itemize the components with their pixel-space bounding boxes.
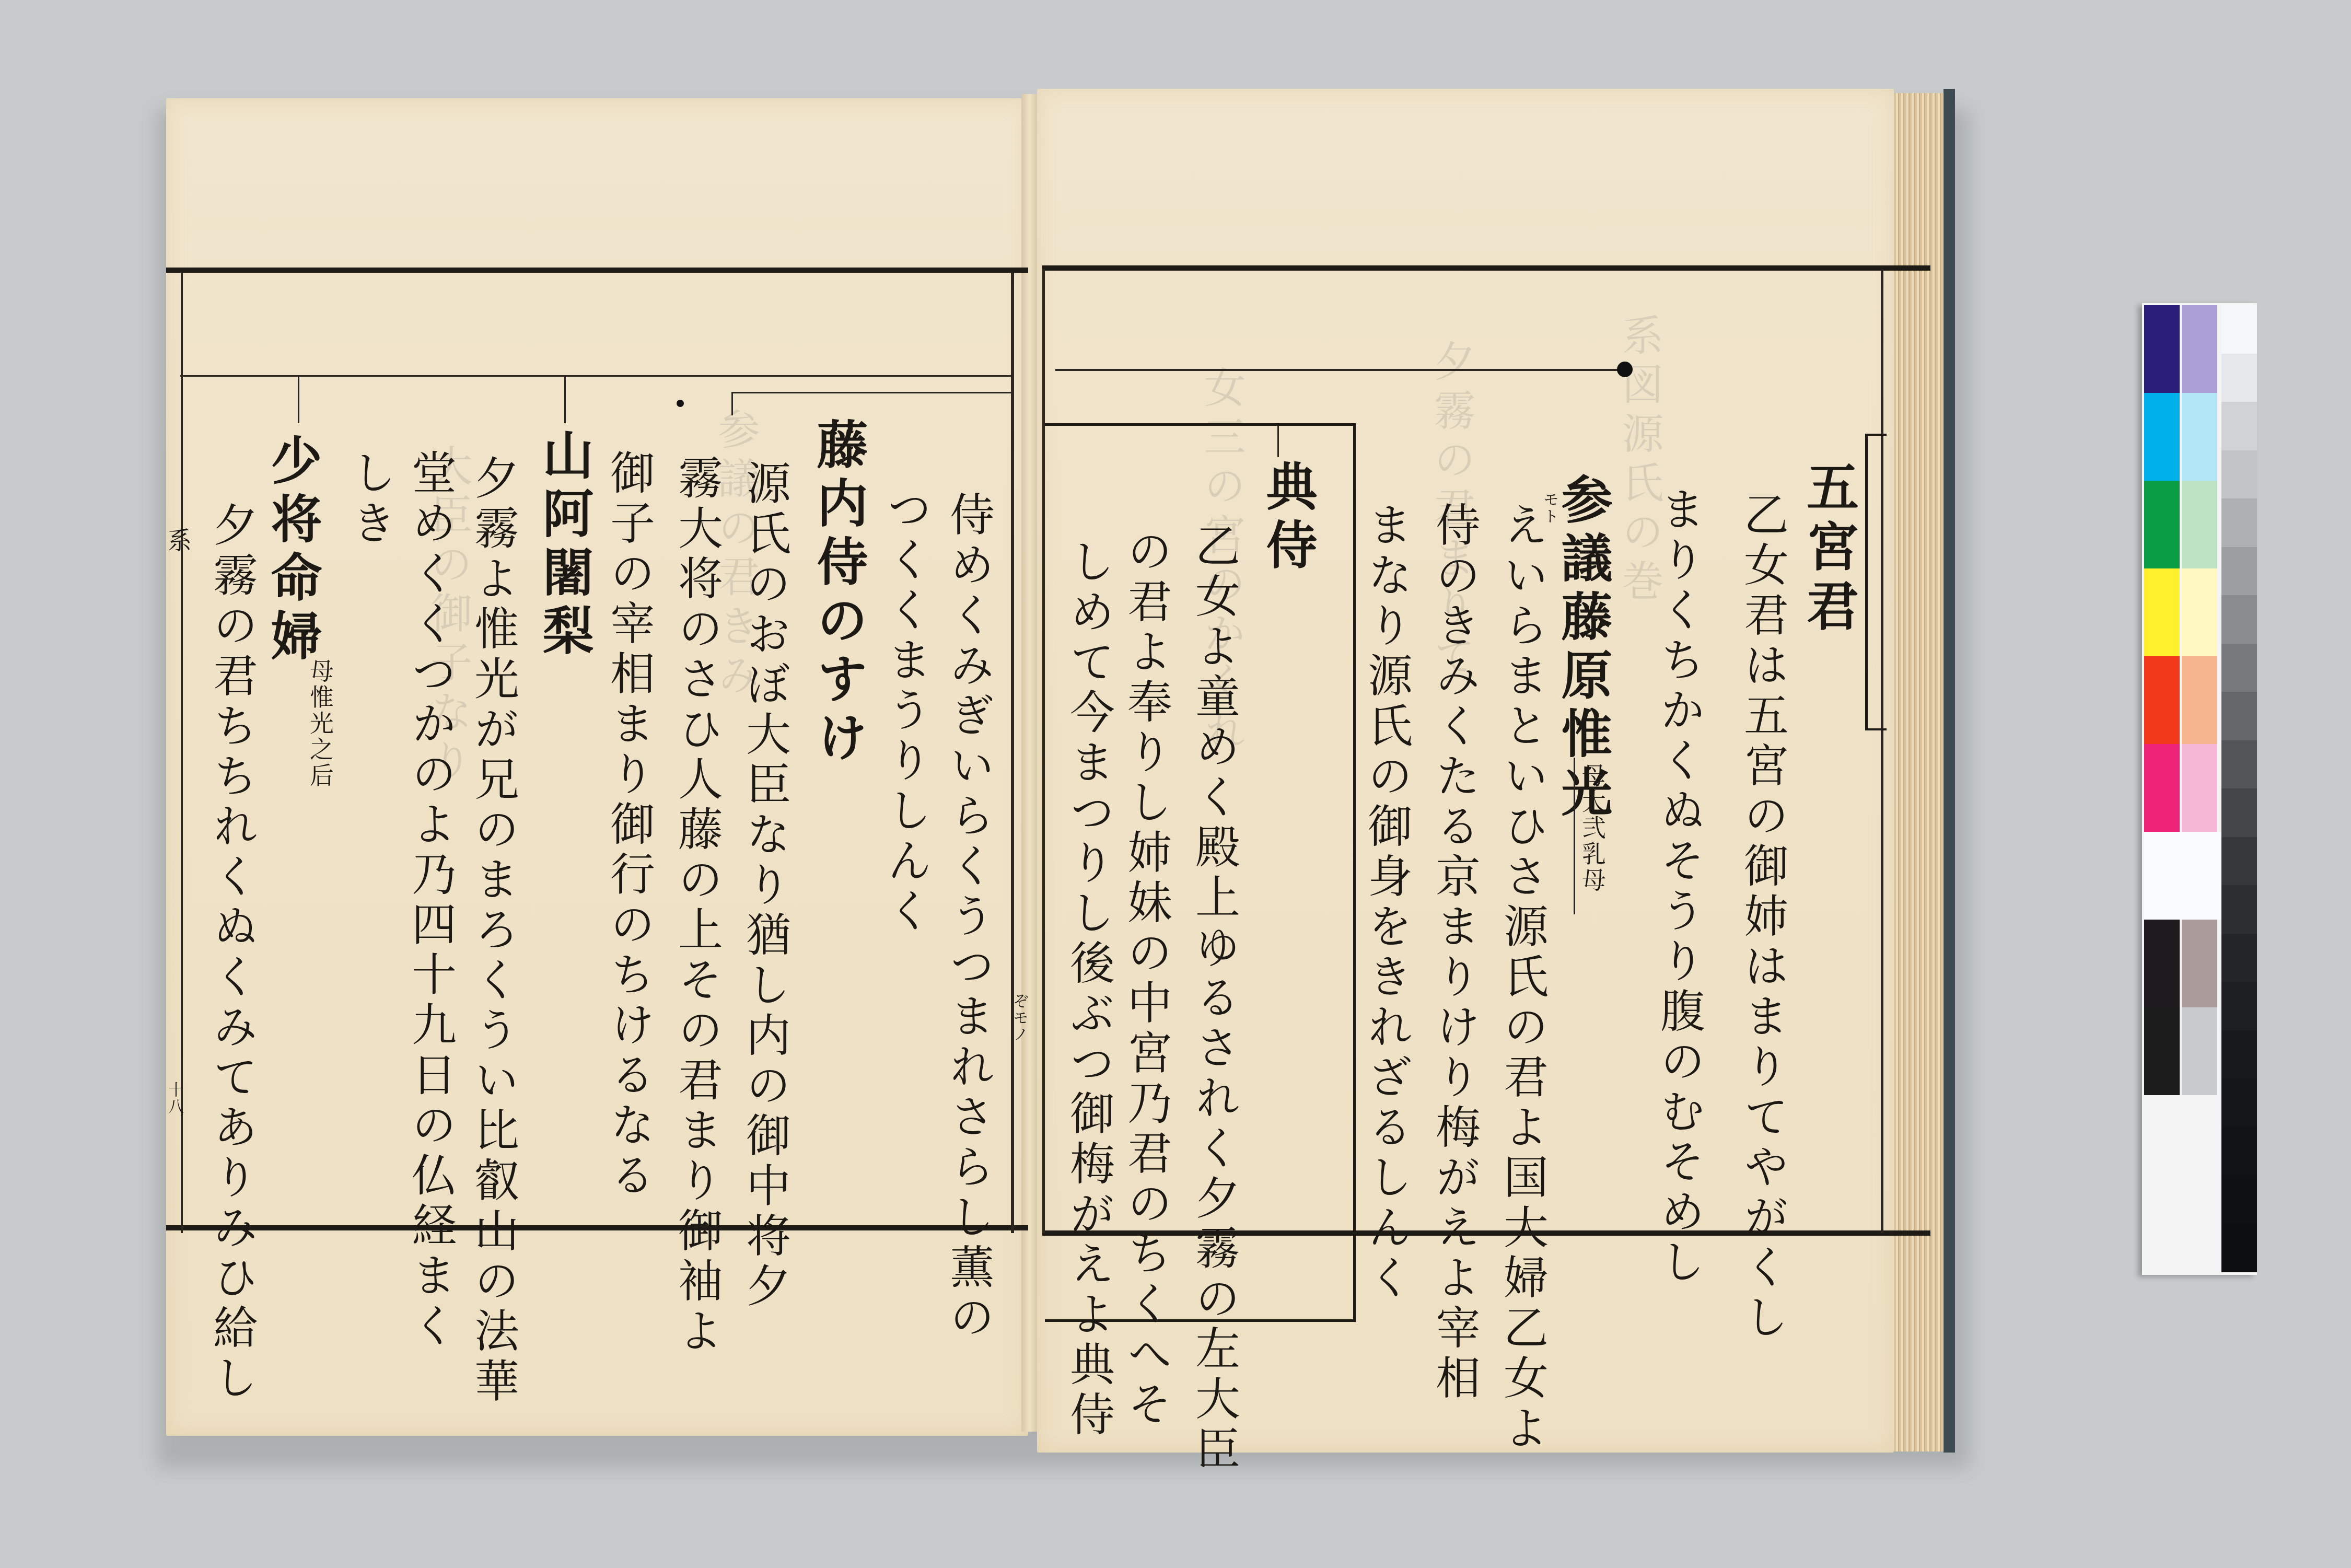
genealogy-dot bbox=[1617, 362, 1633, 377]
genealogy-dot bbox=[677, 400, 684, 407]
grayscale-chip bbox=[2221, 305, 2257, 354]
header-bracket bbox=[1865, 434, 1887, 730]
genealogy-horizontal-line bbox=[1055, 369, 1625, 371]
branch-drop-line bbox=[1277, 426, 1279, 457]
center-fold-rule bbox=[1011, 272, 1014, 1233]
entry-name: 山阿闍梨 bbox=[538, 428, 589, 663]
text-column: 霧大将のさひ人藤の上その君まり御袖よ bbox=[674, 455, 719, 1357]
text-column: 侍めくみぎいらくうつまれさらし薫の bbox=[946, 491, 991, 1344]
grayscale-chip bbox=[2221, 788, 2257, 838]
color-chip bbox=[2182, 656, 2217, 744]
color-chip bbox=[2144, 656, 2180, 744]
grayscale-chip bbox=[2221, 354, 2257, 403]
boxed-section-title: 典侍 bbox=[1262, 460, 1313, 577]
grayscale-chip bbox=[2221, 644, 2257, 693]
grayscale-chip bbox=[2221, 450, 2257, 500]
grayscale-chip bbox=[2221, 934, 2257, 983]
grayscale-chip bbox=[2221, 1078, 2257, 1128]
text-column: 侍のきみくたる京まりけり梅がえよ宰相 bbox=[1431, 502, 1476, 1404]
text-column: 夕霧よ惟光が兄のまろくうい比叡山の法華 bbox=[470, 455, 515, 1408]
color-chip bbox=[2182, 744, 2217, 832]
text-column: 御子の宰相まり御行のちけるなる bbox=[606, 449, 651, 1202]
color-chip bbox=[2182, 568, 2217, 656]
color-chip bbox=[2144, 1007, 2180, 1095]
small-annotation: ぞモノ bbox=[1011, 993, 1027, 1043]
color-chip bbox=[2182, 393, 2217, 481]
page-number: 十八 bbox=[166, 1082, 182, 1115]
grayscale-chip bbox=[2221, 885, 2257, 934]
top-border-rule bbox=[166, 268, 1028, 273]
grayscale-chip bbox=[2221, 498, 2257, 548]
branch-drop-line bbox=[564, 376, 566, 423]
entry-note: 母惟光之后 bbox=[308, 658, 332, 789]
grayscale-chip bbox=[2221, 837, 2257, 886]
grayscale-chip bbox=[2221, 692, 2257, 741]
genealogy-horizontal-line bbox=[180, 375, 1011, 377]
text-column: 乙女君は五宮の御姉はまりてやがくし bbox=[1740, 491, 1785, 1344]
margin-label: 系 bbox=[166, 528, 190, 554]
text-column: えいらまといひさ源氏の君よ国大婦乙女よ bbox=[1499, 502, 1544, 1455]
text-column: 夕霧の君ちちれくぬくみてありみひ給し bbox=[209, 502, 254, 1404]
color-chip bbox=[2144, 920, 2180, 1007]
right-page-right-border bbox=[1881, 269, 1883, 1233]
color-chip bbox=[2144, 568, 2180, 656]
text-column: しき bbox=[347, 449, 392, 550]
page-stack-edge bbox=[1894, 93, 1951, 1451]
text-column: まなり源氏の御身をきれざるしんく bbox=[1364, 502, 1409, 1304]
color-chip bbox=[2144, 744, 2180, 832]
grayscale-chip bbox=[2221, 402, 2257, 451]
text-column: つくくまうりしんく bbox=[883, 486, 928, 937]
branch-drop-line bbox=[731, 392, 733, 415]
branch-drop-line bbox=[298, 376, 299, 423]
bottom-border-rule bbox=[166, 1225, 1028, 1230]
text-column: しめて今まつりし後ぶつ御梅がえよ典侍 bbox=[1066, 538, 1111, 1441]
color-chip bbox=[2182, 305, 2217, 393]
grayscale-chip bbox=[2221, 595, 2257, 644]
color-calibration-chart bbox=[2142, 303, 2257, 1275]
note-line bbox=[1574, 758, 1575, 914]
grayscale-chip bbox=[2221, 547, 2257, 596]
entry-name: 少将命婦 bbox=[266, 434, 318, 668]
color-chip bbox=[2144, 481, 2180, 568]
color-chip bbox=[2182, 920, 2217, 1007]
top-border-rule bbox=[1042, 265, 1930, 271]
grayscale-chip bbox=[2221, 1224, 2257, 1273]
text-column: 堂めくくつかのよ乃四十九日の仏経まく bbox=[408, 449, 452, 1352]
color-chip bbox=[2144, 393, 2180, 481]
grayscale-chip bbox=[2221, 982, 2257, 1031]
grayscale-chip bbox=[2221, 1030, 2257, 1079]
color-chip bbox=[2144, 305, 2180, 393]
grayscale-chip bbox=[2221, 1175, 2257, 1224]
book-cover-edge bbox=[1943, 89, 1955, 1453]
color-chip bbox=[2144, 832, 2221, 920]
grayscale-chip bbox=[2221, 740, 2257, 789]
entry-note: 母大弐乳母 bbox=[1580, 763, 1604, 893]
grayscale-chip bbox=[2221, 1127, 2257, 1176]
branch-line bbox=[731, 392, 1014, 393]
section-header: 五宮君 bbox=[1802, 460, 1855, 638]
entry-name: 藤内侍のすけ bbox=[812, 418, 864, 769]
text-column: 乙女よ童めく殿上ゆるされく夕霧の左大臣 bbox=[1191, 522, 1236, 1476]
text-column: まりくちかくぬそうり腹のむそめし bbox=[1656, 486, 1701, 1288]
text-column: 源氏のおぼ大臣なり猶し内の御中将夕 bbox=[742, 460, 787, 1313]
color-chip bbox=[2182, 481, 2217, 568]
text-column: の君よ奉りし姉妹の中宮乃君のちくへそ bbox=[1123, 528, 1168, 1431]
color-chip bbox=[2182, 1007, 2217, 1095]
